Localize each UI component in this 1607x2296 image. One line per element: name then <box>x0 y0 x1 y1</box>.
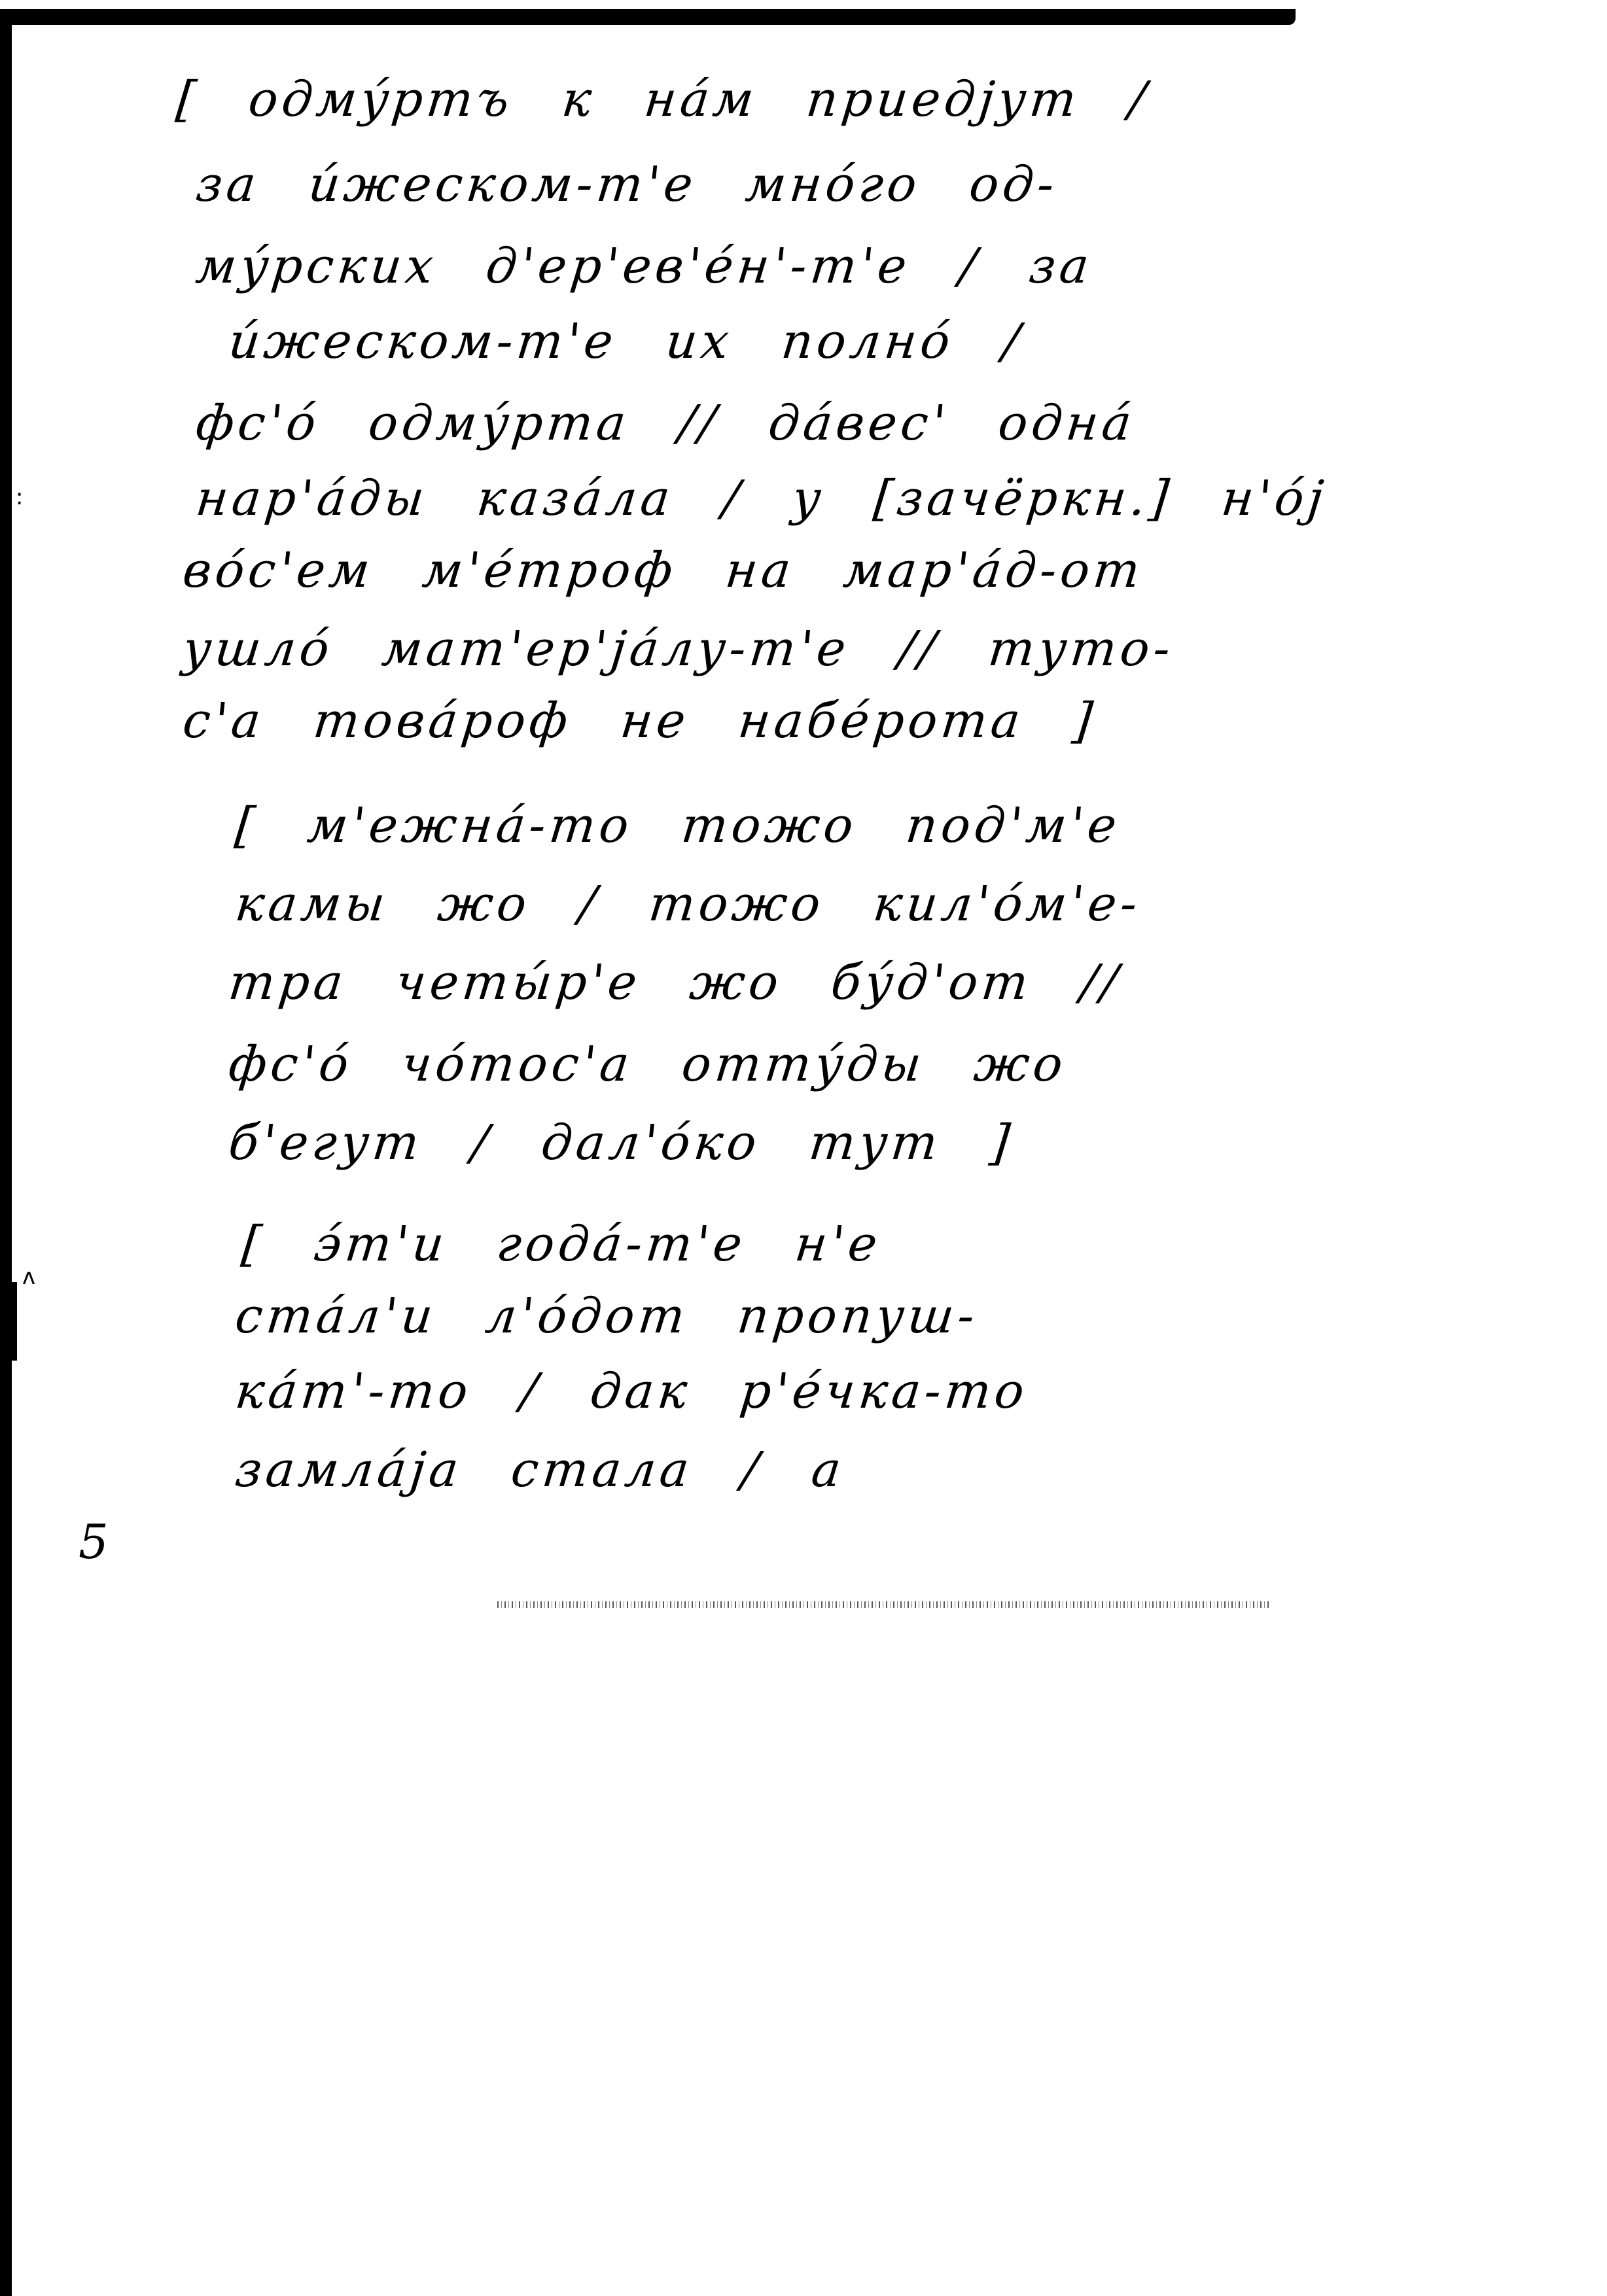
text-line: нар'а́ды казáла / у [зачёркн.] н'о́ј <box>194 474 1330 523</box>
text-line: за и́жеском-т'е мно́го од- <box>194 160 1060 209</box>
text-line: [ э́т'и года́-т'е н'е <box>239 1220 883 1268</box>
text-line: [ м'ежна́-то тожо под'м'е <box>233 801 1123 850</box>
scan-left-edge <box>0 20 12 2296</box>
text-line: ка́т'-то / дак р'е́чка-то <box>233 1367 1031 1416</box>
text-line: камы жо / тожо кил'о́м'е- <box>233 880 1143 928</box>
text-line: фс'о́ чо́тос'а отту́ды жо <box>226 1040 1068 1088</box>
text-line: тра четы́р'е жо бу́д'от // <box>226 958 1124 1007</box>
scan-top-edge <box>0 9 1296 25</box>
text-line: с'а товáроф не набе́рота ] <box>181 697 1099 745</box>
text-line: ушло́ мат'ер'јáлу-т'е // туто- <box>181 625 1176 673</box>
text-line: [ одмýртъ к нáм приедјут / <box>174 75 1152 124</box>
text-line: и́жеском-т'е их полно́ / <box>226 317 1026 366</box>
margin-mark-caret: ʌ <box>22 1264 35 1290</box>
text-line: во́с'ем м'е́троф на мар'а́д-от <box>181 546 1146 595</box>
text-line: фс'о́ одмýрта // да́вес' одна́ <box>194 399 1137 447</box>
scan-noise-line <box>497 1601 1269 1608</box>
text-line: мýрских д'ер'ев'е́н'-т'е / за <box>194 242 1095 290</box>
text-line: замла́ја стала / а <box>233 1446 847 1494</box>
margin-mark-dots: : <box>16 484 23 510</box>
page-number: 5 <box>79 1514 109 1569</box>
text-line: б'егут / дал'о́ко тут ] <box>226 1119 1016 1167</box>
scan-left-edge-bulge <box>0 1282 17 1361</box>
text-line: ста́л'и л'о́дот пропуш- <box>233 1292 981 1340</box>
